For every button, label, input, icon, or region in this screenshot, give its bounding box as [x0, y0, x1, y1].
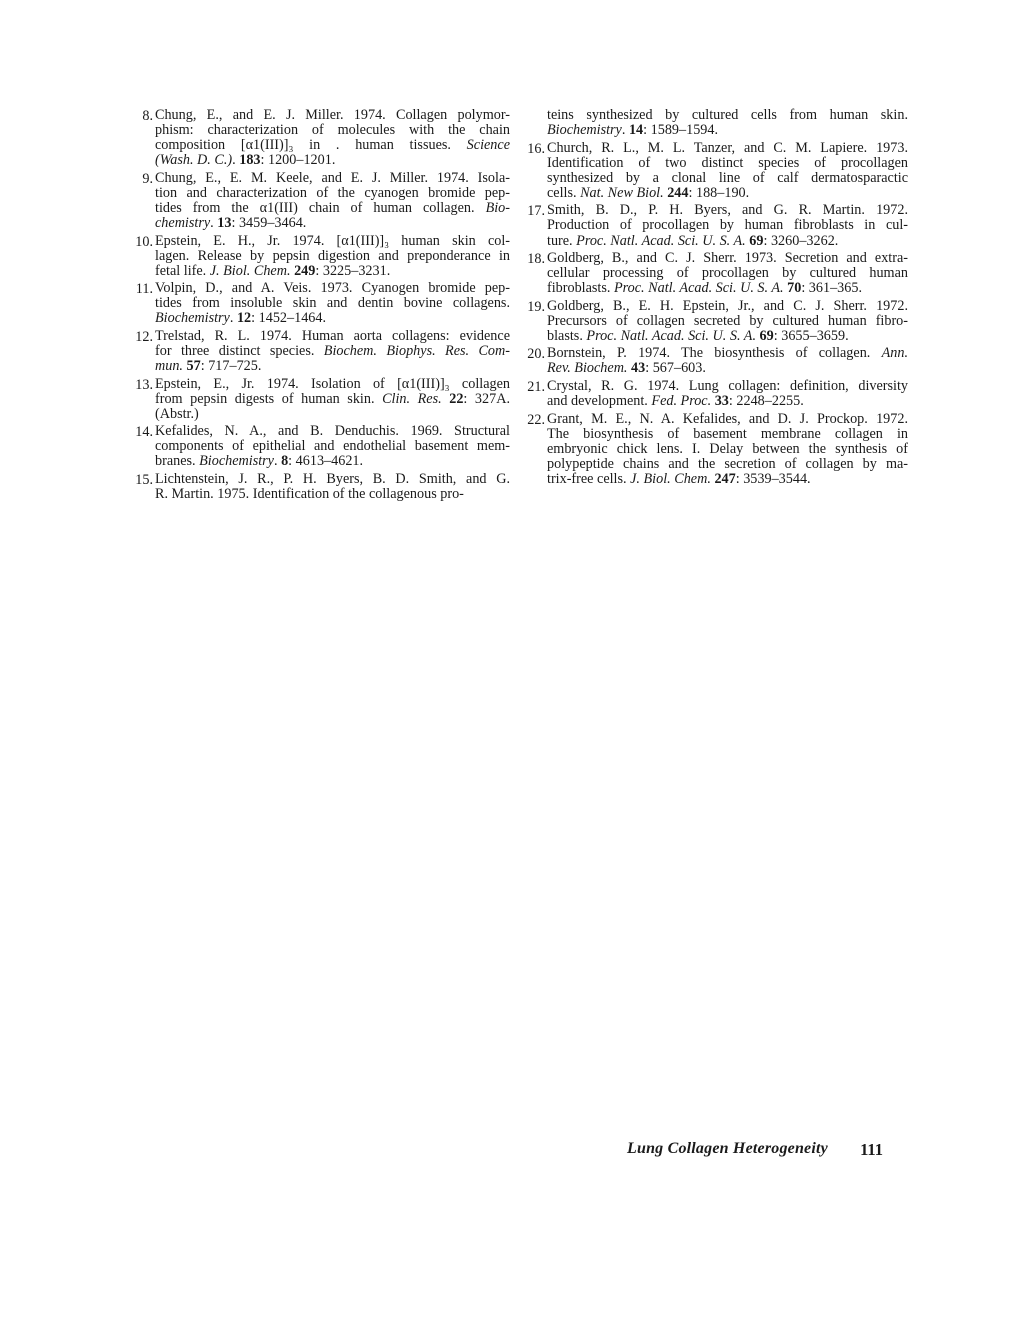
- reference-line: blasts. Proc. Natl. Acad. Sci. U. S. A. …: [547, 329, 908, 344]
- reference-line: Epstein, E. H., Jr. 1974. [α1(III)]₃ hum…: [155, 234, 510, 249]
- reference-number: 19.: [520, 299, 545, 316]
- reference-line: Biochemistry. 12: 1452–1464.: [155, 311, 510, 326]
- reference-line: teins synthesized by cultured cells from…: [547, 108, 908, 123]
- reference-line: branes. Biochemistry. 8: 4613–4621.: [155, 454, 510, 469]
- reference-entry: 9.Chung, E., E. M. Keele, and E. J. Mill…: [136, 171, 510, 231]
- reference-entry: 14.Kefalides, N. A., and B. Denduchis. 1…: [136, 424, 510, 469]
- reference-line: mun. 57: 717–725.: [155, 359, 510, 374]
- reference-number: 8.: [136, 108, 153, 125]
- reference-line: trix-free cells. J. Biol. Chem. 247: 353…: [547, 472, 908, 487]
- reference-line: Biochemistry. 14: 1589–1594.: [547, 123, 908, 138]
- reference-number: 13.: [128, 377, 153, 394]
- reference-line: Crystal, R. G. 1974. Lung collagen: defi…: [547, 379, 908, 394]
- reference-line: Chung, E., and E. J. Miller. 1974. Colla…: [155, 108, 510, 123]
- reference-number: 17.: [520, 203, 545, 220]
- reference-number: 9.: [136, 171, 153, 188]
- reference-number: 20.: [520, 346, 545, 363]
- reference-line: Production of procollagen by human fibro…: [547, 218, 908, 233]
- reference-line: phism: characterization of molecules wit…: [155, 123, 510, 138]
- reference-entry: 22.Grant, M. E., N. A. Kefalides, and D.…: [528, 412, 908, 487]
- reference-line: R. Martin. 1975. Identification of the c…: [155, 487, 510, 502]
- reference-entry: 17.Smith, B. D., P. H. Byers, and G. R. …: [528, 203, 908, 248]
- reference-line: Kefalides, N. A., and B. Denduchis. 1969…: [155, 424, 510, 439]
- reference-line: polypeptide chains and the secretion of …: [547, 457, 908, 472]
- reference-line: Volpin, D., and A. Veis. 1973. Cyanogen …: [155, 281, 510, 296]
- reference-line: Epstein, E., Jr. 1974. Isolation of [α1(…: [155, 377, 510, 392]
- reference-line: Trelstad, R. L. 1974. Human aorta collag…: [155, 329, 510, 344]
- reference-line: Identification of two distinct species o…: [547, 156, 908, 171]
- reference-line: Goldberg, B., and C. J. Sherr. 1973. Sec…: [547, 251, 908, 266]
- reference-line: Smith, B. D., P. H. Byers, and G. R. Mar…: [547, 203, 908, 218]
- reference-line: Precursors of collagen secreted by cultu…: [547, 314, 908, 329]
- reference-line: embryonic chick lens. I. Delay between t…: [547, 442, 908, 457]
- reference-number: 16.: [520, 141, 545, 158]
- reference-entry: 11.Volpin, D., and A. Veis. 1973. Cyanog…: [136, 281, 510, 326]
- reference-entry: 12.Trelstad, R. L. 1974. Human aorta col…: [136, 329, 510, 374]
- reference-line: (Wash. D. C.). 183: 1200–1201.: [155, 153, 510, 168]
- reference-entry: 8.Chung, E., and E. J. Miller. 1974. Col…: [136, 108, 510, 168]
- reference-line: tides from insoluble skin and dentin bov…: [155, 296, 510, 311]
- reference-line: fetal life. J. Biol. Chem. 249: 3225–323…: [155, 264, 510, 279]
- reference-number: 14.: [128, 424, 153, 441]
- reference-entry: 20.Bornstein, P. 1974. The biosynthesis …: [528, 346, 908, 376]
- reference-entry: 21.Crystal, R. G. 1974. Lung collagen: d…: [528, 379, 908, 409]
- reference-continuation: teins synthesized by cultured cells from…: [528, 108, 908, 138]
- reference-entry: 10.Epstein, E. H., Jr. 1974. [α1(III)]₃ …: [136, 234, 510, 279]
- reference-line: from pepsin digests of human skin. Clin.…: [155, 392, 510, 407]
- references-right-column: teins synthesized by cultured cells from…: [528, 108, 908, 489]
- reference-line: The biosynthesis of basement membrane co…: [547, 427, 908, 442]
- reference-entry: 16.Church, R. L., M. L. Tanzer, and C. M…: [528, 141, 908, 201]
- reference-line: cellular processing of procollagen by cu…: [547, 266, 908, 281]
- reference-line: for three distinct species. Biochem. Bio…: [155, 344, 510, 359]
- reference-line: ture. Proc. Natl. Acad. Sci. U. S. A. 69…: [547, 234, 908, 249]
- reference-number: 15.: [128, 472, 153, 489]
- reference-line: Chung, E., E. M. Keele, and E. J. Miller…: [155, 171, 510, 186]
- reference-number: 18.: [520, 251, 545, 268]
- reference-line: Bornstein, P. 1974. The biosynthesis of …: [547, 346, 908, 361]
- reference-line: tides from the α1(III) chain of human co…: [155, 201, 510, 216]
- reference-number: 12.: [128, 329, 153, 346]
- reference-number: 11.: [128, 281, 153, 298]
- reference-line: fibroblasts. Proc. Natl. Acad. Sci. U. S…: [547, 281, 908, 296]
- reference-line: composition [α1(III)]₃ in . human tissue…: [155, 138, 510, 153]
- reference-line: Goldberg, B., E. H. Epstein, Jr., and C.…: [547, 299, 908, 314]
- reference-entry: 19.Goldberg, B., E. H. Epstein, Jr., and…: [528, 299, 908, 344]
- references-left-column: 8.Chung, E., and E. J. Miller. 1974. Col…: [136, 108, 510, 504]
- reference-entry: 18.Goldberg, B., and C. J. Sherr. 1973. …: [528, 251, 908, 296]
- reference-number: 10.: [128, 234, 153, 251]
- reference-line: synthesized by a clonal line of calf der…: [547, 171, 908, 186]
- reference-line: chemistry. 13: 3459–3464.: [155, 216, 510, 231]
- reference-line: Rev. Biochem. 43: 567–603.: [547, 361, 908, 376]
- reference-line: tion and characterization of the cyanoge…: [155, 186, 510, 201]
- reference-line: Church, R. L., M. L. Tanzer, and C. M. L…: [547, 141, 908, 156]
- reference-line: components of epithelial and endothelial…: [155, 439, 510, 454]
- reference-number: 21.: [520, 379, 545, 396]
- reference-line: lagen. Release by pepsin digestion and p…: [155, 249, 510, 264]
- running-title: Lung Collagen Heterogeneity: [627, 1140, 828, 1158]
- reference-entry: 13.Epstein, E., Jr. 1974. Isolation of […: [136, 377, 510, 422]
- reference-line: and development. Fed. Proc. 33: 2248–225…: [547, 394, 908, 409]
- reference-number: 22.: [520, 412, 545, 429]
- reference-line: (Abstr.): [155, 407, 510, 422]
- reference-line: Grant, M. E., N. A. Kefalides, and D. J.…: [547, 412, 908, 427]
- reference-entry: 15.Lichtenstein, J. R., P. H. Byers, B. …: [136, 472, 510, 502]
- page-number: 111: [860, 1140, 883, 1160]
- reference-line: cells. Nat. New Biol. 244: 188–190.: [547, 186, 908, 201]
- reference-line: Lichtenstein, J. R., P. H. Byers, B. D. …: [155, 472, 510, 487]
